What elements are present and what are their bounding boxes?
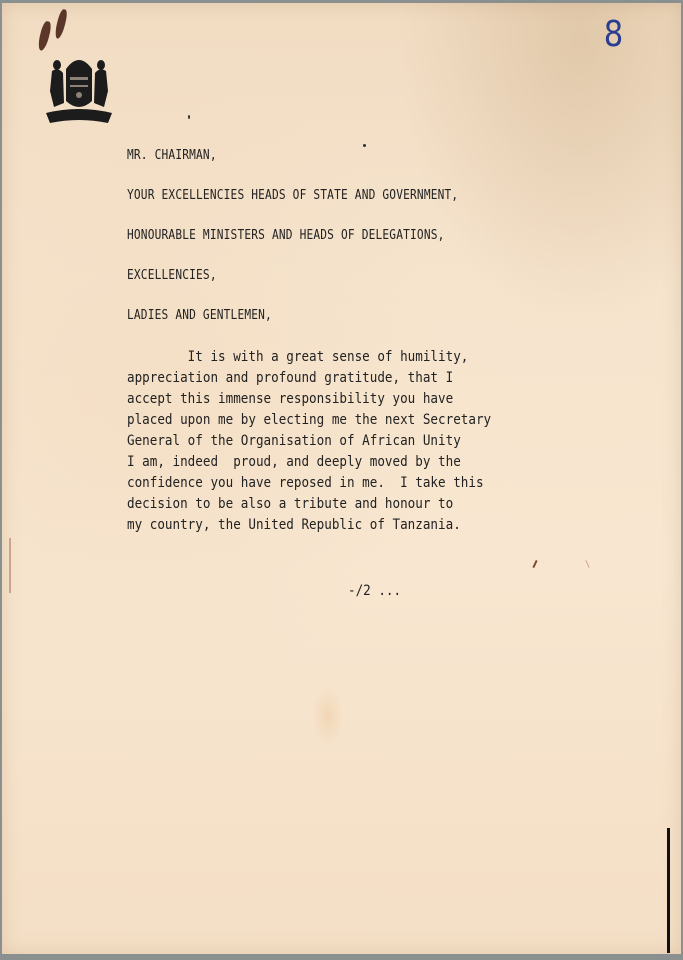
stray-mark [188,115,190,119]
ink-smudge [37,20,53,51]
handwritten-page-number: 8 [604,17,623,53]
document-page: 8 MR. CHAIRMAN, YOUR EXCELLENCIES HEADS … [2,3,681,954]
salutation-ladies-gentlemen: LADIES AND GENTLEMEN, [127,308,272,323]
stray-mark [363,144,366,147]
body-line: my country, the United Republic of Tanza… [127,515,461,536]
salutation-ministers: HONOURABLE MINISTERS AND HEADS OF DELEGA… [127,228,445,243]
body-line: accept this immense responsibility you h… [127,389,453,410]
salutation-excellencies: EXCELLENCIES, [127,268,217,283]
salutation-chairman: MR. CHAIRMAN, [127,148,217,163]
body-line: placed upon me by electing me the next S… [127,410,491,431]
edge-mark [667,828,670,953]
ink-smudge [53,8,68,39]
body-line: I am, indeed proud, and deeply moved by … [127,452,461,473]
salutation-heads-of-state: YOUR EXCELLENCIES HEADS OF STATE AND GOV… [127,188,458,203]
body-line: confidence you have reposed in me. I tak… [127,473,484,494]
stray-mark [585,560,589,568]
body-line: It is with a great sense of humility, [127,347,468,368]
stray-mark [532,560,537,568]
body-line: appreciation and profound gratitude, tha… [127,368,453,389]
body-line: General of the Organisation of African U… [127,431,461,452]
body-line: decision to be also a tribute and honour… [127,494,453,515]
edge-mark [9,538,11,593]
continuation-marker: -/2 ... [348,583,401,599]
coat-of-arms-icon [44,51,114,127]
